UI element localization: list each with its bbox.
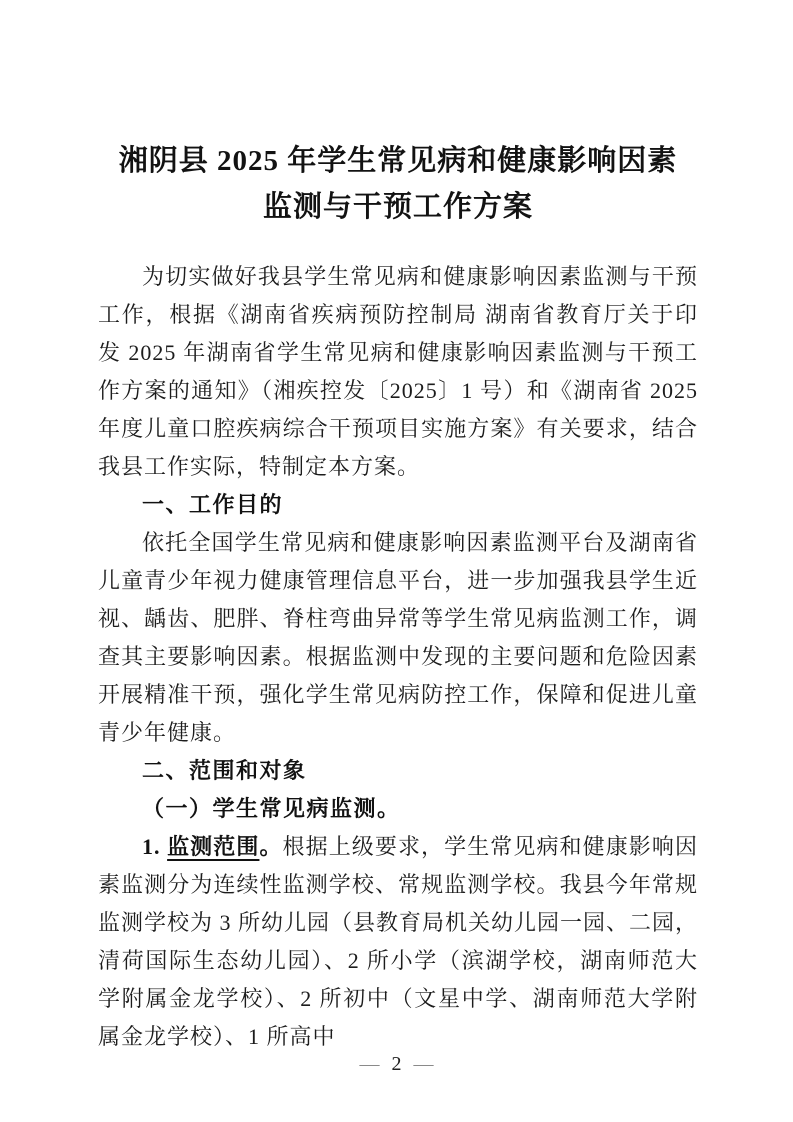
item-1-paragraph: 1. 监测范围。根据上级要求，学生常见病和健康影响因素监测分为连续性监测学校、常… (98, 828, 698, 1056)
item-1-lead-period: 。 (259, 834, 282, 859)
intro-paragraph: 为切实做好我县学生常见病和健康影响因素监测与干预工作，根据《湖南省疾病预防控制局… (98, 258, 698, 486)
document-title-line-1: 湘阴县 2025 年学生常见病和健康影响因素 (98, 138, 698, 184)
document-content: 湘阴县 2025 年学生常见病和健康影响因素 监测与干预工作方案 为切实做好我县… (98, 0, 698, 1056)
section-1-heading: 一、工作目的 (98, 486, 698, 524)
document-page: 湘阴县 2025 年学生常见病和健康影响因素 监测与干预工作方案 为切实做好我县… (0, 0, 793, 1122)
page-number-right-dash: — (402, 1053, 446, 1075)
item-1-lead: 监测范围 (167, 834, 259, 859)
item-1-number: 1. (142, 834, 167, 859)
subsection-1-heading: （一）学生常见病监测。 (98, 790, 698, 828)
item-1-text: 根据上级要求，学生常见病和健康影响因素监测分为连续性监测学校、常规监测学校。我县… (98, 834, 698, 1049)
section-2-heading: 二、范围和对象 (98, 752, 698, 790)
document-title: 湘阴县 2025 年学生常见病和健康影响因素 监测与干预工作方案 (98, 138, 698, 230)
page-number: 2 (392, 1053, 402, 1075)
document-title-line-2: 监测与干预工作方案 (98, 184, 698, 230)
page-number-left-dash: — (348, 1053, 392, 1075)
section-1-paragraph: 依托全国学生常见病和健康影响因素监测平台及湖南省儿童青少年视力健康管理信息平台，… (98, 524, 698, 752)
page-footer: —2— (0, 1052, 793, 1076)
